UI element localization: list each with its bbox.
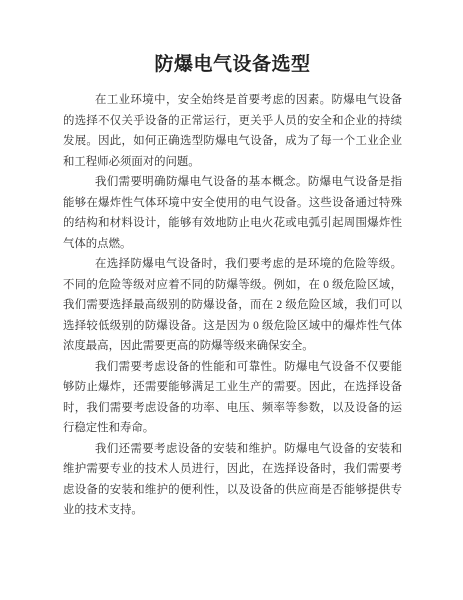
- body-paragraph: 我们还需要考虑设备的安装和维护。防爆电气设备的安装和维护需要专业的技术人员进行，…: [63, 439, 402, 521]
- body-paragraph: 我们需要考虑设备的性能和可靠性。防爆电气设备不仅要能够防止爆炸，还需要能够满足工…: [63, 357, 402, 439]
- body-paragraph: 在工业环境中，安全始终是首要考虑的因素。防爆电气设备的选择不仅关乎设备的正常运行…: [63, 90, 402, 172]
- body-paragraph: 我们需要明确防爆电气设备的基本概念。防爆电气设备是指能够在爆炸性气体环境中安全使…: [63, 172, 402, 254]
- document-body: 在工业环境中，安全始终是首要考虑的因素。防爆电气设备的选择不仅关乎设备的正常运行…: [63, 90, 402, 521]
- document-page: 防爆电气设备选型 在工业环境中，安全始终是首要考虑的因素。防爆电气设备的选择不仅…: [0, 0, 463, 600]
- body-paragraph: 在选择防爆电气设备时，我们要考虑的是环境的危险等级。不同的危险等级对应着不同的防…: [63, 254, 402, 357]
- document-title: 防爆电气设备选型: [63, 52, 402, 78]
- document-content: 防爆电气设备选型 在工业环境中，安全始终是首要考虑的因素。防爆电气设备的选择不仅…: [63, 52, 402, 521]
